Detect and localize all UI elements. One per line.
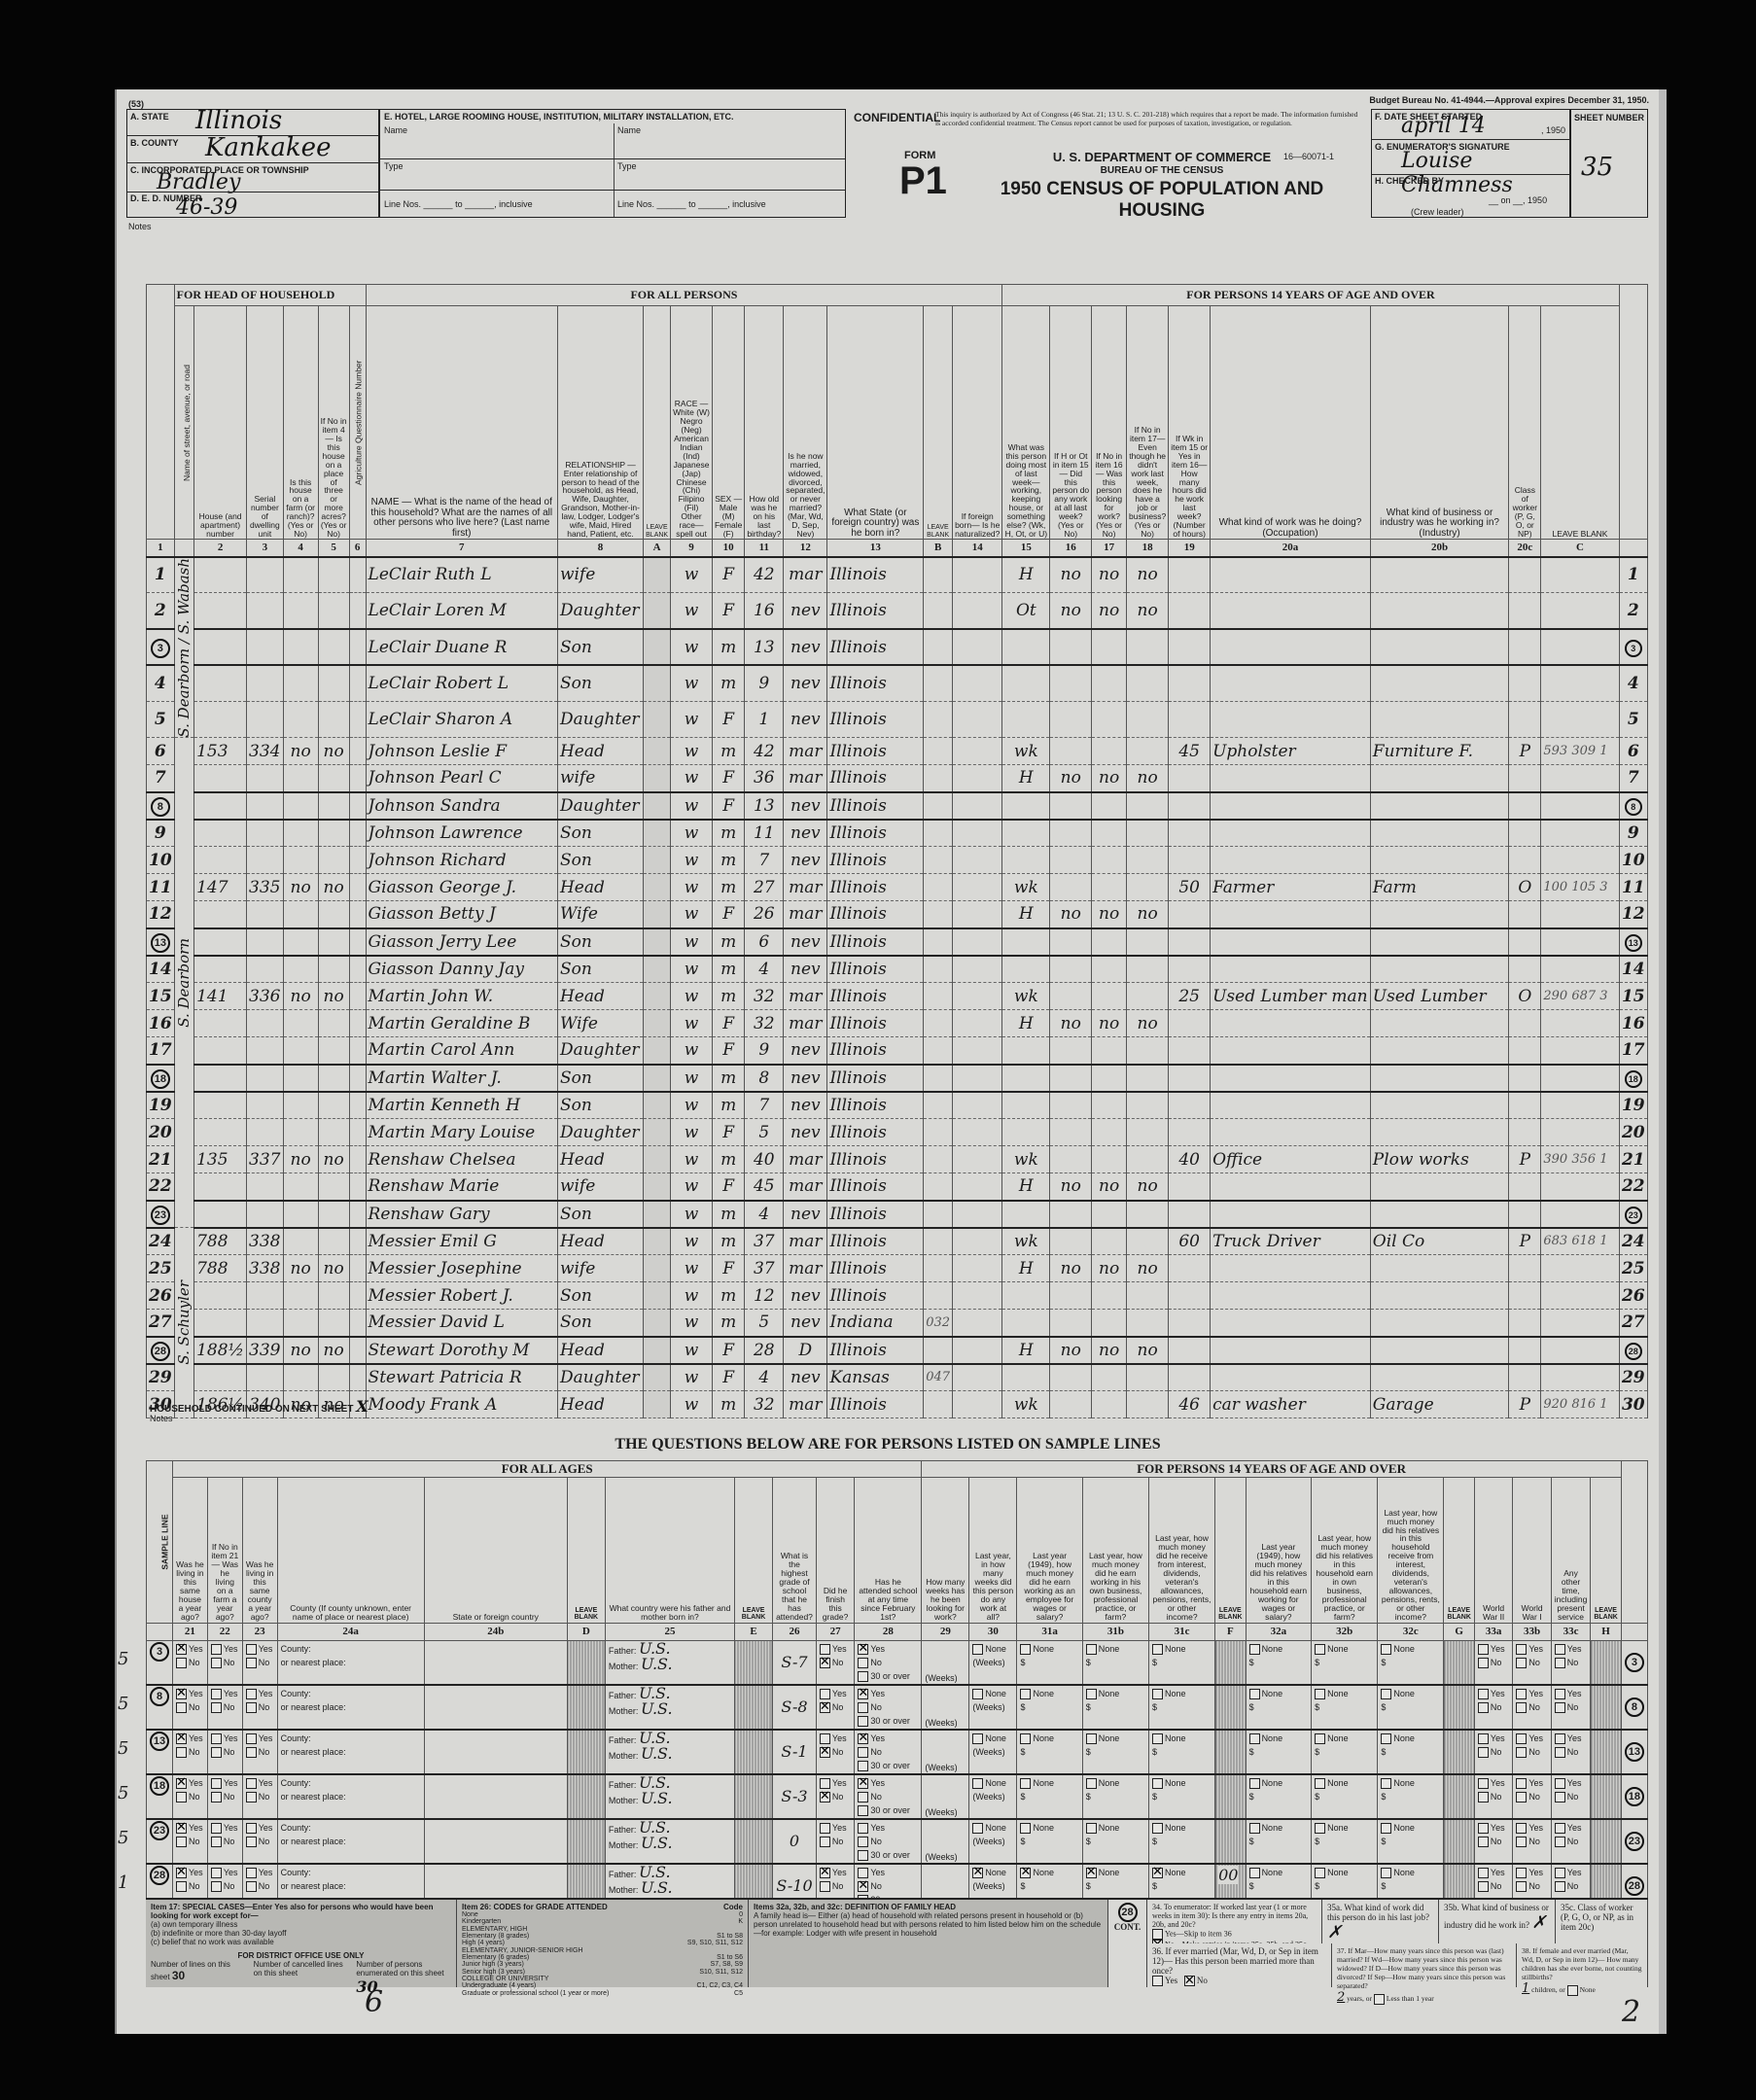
group-persons-14-over: FOR PERSONS 14 YEARS OF AGE AND OVER bbox=[1002, 285, 1619, 306]
cell-b bbox=[924, 1255, 953, 1282]
sample-23-q22-yes-checkbox[interactable] bbox=[211, 1823, 222, 1834]
sample-8-q22-yes-checkbox[interactable] bbox=[211, 1689, 222, 1699]
sample-23-q30-none-checkbox[interactable] bbox=[972, 1823, 983, 1834]
cell-age: 9 bbox=[745, 1037, 784, 1065]
cell-birthplace: Illinois bbox=[827, 956, 924, 983]
cell-nat bbox=[953, 1010, 1002, 1037]
state-or-country[interactable] bbox=[424, 1685, 567, 1730]
sample-col-num: H bbox=[1591, 1623, 1622, 1640]
sample-col-header-31c: Last year, how much money did he receive… bbox=[1148, 1477, 1214, 1623]
table-row: 5LeClair Sharon ADaughterwF1nevIllinois5 bbox=[147, 701, 1648, 737]
sample-3-q21-yes-checkbox[interactable] bbox=[176, 1644, 187, 1655]
cell-hours bbox=[1169, 629, 1211, 665]
col-header-acres: If No in item 4— Is this house on a plac… bbox=[318, 306, 349, 540]
table-row: 21135337nonoRenshaw ChelseaHeadwm40marIl… bbox=[147, 1146, 1648, 1173]
no-label: No bbox=[870, 1747, 882, 1757]
cell-c bbox=[1541, 1037, 1619, 1065]
sample-col-header-33b: World War I bbox=[1513, 1477, 1551, 1623]
sample-8-q22-no-checkbox[interactable] bbox=[211, 1702, 222, 1713]
table-row: 7Johnson Pearl CwifewF36marIllinoisHnono… bbox=[147, 765, 1648, 792]
sample-23-q33b-no-checkbox[interactable] bbox=[1516, 1837, 1527, 1847]
cell-age: 11 bbox=[745, 820, 784, 847]
leave-blank-f bbox=[1215, 1819, 1247, 1864]
sample-23-q28-30-over-checkbox[interactable] bbox=[858, 1850, 868, 1861]
sample-3-q23-no-checkbox[interactable] bbox=[246, 1658, 257, 1668]
q38-none-checkbox[interactable] bbox=[1567, 1985, 1578, 1996]
sample-18-q21-yes-checkbox[interactable] bbox=[176, 1778, 187, 1789]
state-or-country[interactable] bbox=[424, 1640, 567, 1685]
cell-activity: H bbox=[1002, 1010, 1050, 1037]
sample-28-q21-yes-checkbox[interactable] bbox=[176, 1868, 187, 1878]
sample-23-q33c-no-checkbox[interactable] bbox=[1555, 1837, 1565, 1847]
cell-hours bbox=[1169, 557, 1211, 593]
sample-13-q22-yes-checkbox[interactable] bbox=[211, 1733, 222, 1744]
sample-13-q28-30-over-checkbox[interactable] bbox=[858, 1761, 868, 1771]
cell-industry bbox=[1370, 901, 1508, 928]
sample-23-q23-yes-checkbox[interactable] bbox=[246, 1823, 257, 1834]
margin-tally: 5 bbox=[118, 1738, 128, 1759]
sample-8-q28-yes-checkbox[interactable] bbox=[858, 1689, 868, 1699]
cell-has-job bbox=[1127, 1391, 1169, 1418]
line-number: 15 bbox=[147, 983, 175, 1010]
cell-serial bbox=[247, 629, 284, 665]
district-title: FOR DISTRICT OFFICE USE ONLY bbox=[151, 1951, 451, 1960]
sample-28-q33b-yes-checkbox[interactable] bbox=[1516, 1868, 1527, 1878]
sample-13-q30-none-checkbox[interactable] bbox=[972, 1733, 983, 1744]
cell-nat bbox=[953, 593, 1002, 629]
cell-b bbox=[924, 1282, 953, 1310]
cell-marital: mar bbox=[784, 1391, 827, 1418]
sample-13-q32a-none-checkbox[interactable] bbox=[1249, 1733, 1260, 1744]
sample-13-q21-yes-checkbox[interactable] bbox=[176, 1733, 187, 1744]
sample-3-q23-yes-checkbox[interactable] bbox=[246, 1644, 257, 1655]
cell-class bbox=[1509, 1310, 1541, 1337]
sample-col-num: 26 bbox=[773, 1623, 817, 1640]
q38-value[interactable]: 1 bbox=[1522, 1981, 1529, 1996]
cell-serial bbox=[247, 792, 284, 820]
none-label: None bbox=[1033, 1778, 1054, 1788]
sample-18-q28-30-over-checkbox[interactable] bbox=[858, 1805, 868, 1816]
sample-23-q31a-none-checkbox[interactable] bbox=[1020, 1823, 1031, 1834]
sample-3-q28-30-over-checkbox[interactable] bbox=[858, 1671, 868, 1682]
sample-18-q23-no-checkbox[interactable] bbox=[246, 1792, 257, 1802]
county-label: County: bbox=[281, 1687, 421, 1700]
cell-class bbox=[1509, 1255, 1541, 1282]
sample-13-q33a-no-checkbox[interactable] bbox=[1478, 1747, 1489, 1758]
sample-28-q31b-none-checkbox[interactable] bbox=[1086, 1868, 1097, 1878]
cell-rel: Daughter bbox=[557, 1364, 643, 1391]
sample-18-q33a-yes-checkbox[interactable] bbox=[1478, 1778, 1489, 1789]
sample-23-q33b-yes-checkbox[interactable] bbox=[1516, 1823, 1527, 1834]
sample-8-q21-no-checkbox[interactable] bbox=[176, 1702, 187, 1713]
sample-8-q23-no-checkbox[interactable] bbox=[246, 1702, 257, 1713]
sample-18-q23-yes-checkbox[interactable] bbox=[246, 1778, 257, 1789]
sample-3-q30-none-checkbox[interactable] bbox=[972, 1644, 983, 1655]
cell-occupation: Used Lumber man bbox=[1211, 983, 1371, 1010]
q37-value[interactable]: 2 bbox=[1337, 1990, 1345, 2005]
sample-3-q22-no-checkbox[interactable] bbox=[211, 1658, 222, 1668]
cell-farm bbox=[283, 1119, 318, 1146]
table-row: 9Johnson LawrenceSonwm11nevIllinois9 bbox=[147, 820, 1648, 847]
sample-col-header-g: LEAVE BLANK bbox=[1444, 1477, 1475, 1623]
sample-8-q32a-none-checkbox[interactable] bbox=[1249, 1689, 1260, 1699]
cell-sex: F bbox=[712, 1173, 744, 1201]
cell-activity bbox=[1002, 1364, 1050, 1391]
sample-18-q22-no-checkbox[interactable] bbox=[211, 1792, 222, 1802]
sample-18-q31c-none-checkbox[interactable] bbox=[1152, 1778, 1163, 1789]
cell-class bbox=[1509, 665, 1541, 701]
sample-row: 513 YesNo YesNo YesNo County:or nearest … bbox=[147, 1730, 1648, 1774]
cell-race: w bbox=[671, 557, 713, 593]
sample-8-q31b-none-checkbox[interactable] bbox=[1086, 1689, 1097, 1699]
sample-28-q32b-none-checkbox[interactable] bbox=[1315, 1868, 1325, 1878]
state-or-country[interactable] bbox=[424, 1819, 567, 1864]
agri-number bbox=[349, 983, 366, 1010]
sample-18-q33c-no-checkbox[interactable] bbox=[1555, 1792, 1565, 1802]
sample-8-q33b-yes-checkbox[interactable] bbox=[1516, 1689, 1527, 1699]
cell-sex: m bbox=[712, 629, 744, 665]
sample-8-q21-yes-checkbox[interactable] bbox=[176, 1689, 187, 1699]
yes-label: Yes bbox=[1567, 1689, 1582, 1698]
cell-acres bbox=[318, 765, 349, 792]
cell-hours: 46 bbox=[1169, 1391, 1211, 1418]
leave-blank-a bbox=[644, 1337, 671, 1364]
sample-13-q27-no-checkbox[interactable] bbox=[820, 1747, 830, 1758]
sample-3-q28-yes-checkbox[interactable] bbox=[858, 1644, 868, 1655]
sample-18-q33b-yes-checkbox[interactable] bbox=[1516, 1778, 1527, 1789]
col-header-has-job: If No in item 17— Even though he didn't … bbox=[1127, 306, 1169, 540]
line-number-header-right bbox=[1619, 285, 1647, 540]
cell-has-job bbox=[1127, 1065, 1169, 1092]
sample-13-q23-no-checkbox[interactable] bbox=[246, 1747, 257, 1758]
leave-blank-a bbox=[644, 665, 671, 701]
agri-number bbox=[349, 792, 366, 820]
sample-8-q31c-none-checkbox[interactable] bbox=[1152, 1689, 1163, 1699]
sample-28-q27-no-checkbox[interactable] bbox=[820, 1881, 830, 1892]
sample-23-q21-yes-checkbox[interactable] bbox=[176, 1823, 187, 1834]
cell-activity bbox=[1002, 956, 1050, 983]
sample-8-q23-yes-checkbox[interactable] bbox=[246, 1689, 257, 1699]
sample-28-q33a-yes-checkbox[interactable] bbox=[1478, 1868, 1489, 1878]
agri-number bbox=[349, 1119, 366, 1146]
sample-28-q33a-no-checkbox[interactable] bbox=[1478, 1881, 1489, 1892]
sample-23-q23-no-checkbox[interactable] bbox=[246, 1837, 257, 1847]
sample-28-q32a-none-checkbox[interactable] bbox=[1249, 1868, 1260, 1878]
sample-28-q22-no-checkbox[interactable] bbox=[211, 1881, 222, 1892]
cell-house bbox=[194, 557, 247, 593]
sample-18-q28-yes-checkbox[interactable] bbox=[858, 1778, 868, 1789]
sample-23-q33c-yes-checkbox[interactable] bbox=[1555, 1823, 1565, 1834]
sample-23-q32b-none-checkbox[interactable] bbox=[1315, 1823, 1325, 1834]
margin-tally: 5 bbox=[118, 1649, 128, 1669]
sample-28-q31c-none-checkbox[interactable] bbox=[1152, 1868, 1163, 1878]
cell-acres: no bbox=[318, 738, 349, 765]
sample-23-q33a-no-checkbox[interactable] bbox=[1478, 1837, 1489, 1847]
line-number-right: 20 bbox=[1619, 1119, 1647, 1146]
sample-18-q31a-none-checkbox[interactable] bbox=[1020, 1778, 1031, 1789]
sample-3-q31b-none-checkbox[interactable] bbox=[1086, 1644, 1097, 1655]
sample-8-q27-no-checkbox[interactable] bbox=[820, 1702, 830, 1713]
sample-13-q33b-yes-checkbox[interactable] bbox=[1516, 1733, 1527, 1744]
sample-3-q31c-none-checkbox[interactable] bbox=[1152, 1644, 1163, 1655]
sample-23-q28-no-checkbox[interactable] bbox=[858, 1837, 868, 1847]
cell-marital: mar bbox=[784, 874, 827, 901]
sample-8-q30-none-checkbox[interactable] bbox=[972, 1689, 983, 1699]
table-row: 3LeClair Duane RSonwm13nevIllinois3 bbox=[147, 629, 1648, 665]
hotel-type-label-1: Type bbox=[384, 161, 404, 171]
cell-age: 16 bbox=[745, 593, 784, 629]
cell-rel: Son bbox=[557, 1282, 643, 1310]
sample-28-q28-no-checkbox[interactable] bbox=[858, 1881, 868, 1892]
sample-13-q22-no-checkbox[interactable] bbox=[211, 1747, 222, 1758]
no-label: No bbox=[1567, 1658, 1579, 1667]
sample-8-q32b-none-checkbox[interactable] bbox=[1315, 1689, 1325, 1699]
sample-28-q30-none-checkbox[interactable] bbox=[972, 1868, 983, 1878]
sample-28-q27-yes-checkbox[interactable] bbox=[820, 1868, 830, 1878]
cell-name: Giasson George J. bbox=[366, 874, 557, 901]
sample-13-q31b-none-checkbox[interactable] bbox=[1086, 1733, 1097, 1744]
state-or-country[interactable] bbox=[424, 1774, 567, 1819]
sample-13-q31c-none-checkbox[interactable] bbox=[1152, 1733, 1163, 1744]
sample-18-q33c-yes-checkbox[interactable] bbox=[1555, 1778, 1565, 1789]
sample-13-q28-no-checkbox[interactable] bbox=[858, 1747, 868, 1758]
sample-28-q22-yes-checkbox[interactable] bbox=[211, 1868, 222, 1878]
sample-18-q21-no-checkbox[interactable] bbox=[176, 1792, 187, 1802]
yes-label: Yes bbox=[189, 1778, 203, 1788]
sample-28-q31a-none-checkbox[interactable] bbox=[1020, 1868, 1031, 1878]
sample-13-q31a-none-checkbox[interactable] bbox=[1020, 1733, 1031, 1744]
leave-blank-a bbox=[644, 847, 671, 874]
sample-23-q22-no-checkbox[interactable] bbox=[211, 1837, 222, 1847]
cell-sex: m bbox=[712, 847, 744, 874]
no-label: No bbox=[189, 1792, 200, 1802]
sheet-number-block: SHEET NUMBER 35 bbox=[1570, 109, 1648, 218]
sample-3-q22-yes-checkbox[interactable] bbox=[211, 1644, 222, 1655]
sample-8-q28-30-over-checkbox[interactable] bbox=[858, 1716, 868, 1727]
cell-farm: no bbox=[283, 1337, 318, 1364]
cell-serial: 334 bbox=[247, 738, 284, 765]
none-label: None bbox=[985, 1868, 1006, 1877]
sample-13-q28-yes-checkbox[interactable] bbox=[858, 1733, 868, 1744]
sample-23-q28-yes-checkbox[interactable] bbox=[858, 1823, 868, 1834]
cell-serial bbox=[247, 665, 284, 701]
sample-28-q33b-no-checkbox[interactable] bbox=[1516, 1881, 1527, 1892]
sample-lines-table: SAMPLE LINE FOR ALL AGES FOR PERSONS 14 … bbox=[146, 1460, 1648, 1909]
nearest-place-label: or nearest place: bbox=[281, 1790, 421, 1803]
sample-13-q33c-yes-checkbox[interactable] bbox=[1555, 1733, 1565, 1744]
sample-13-q32b-none-checkbox[interactable] bbox=[1315, 1733, 1325, 1744]
f-code: 00 bbox=[1218, 1866, 1238, 1884]
sample-8-q32c-none-checkbox[interactable] bbox=[1381, 1689, 1391, 1699]
cell-name: Martin Walter J. bbox=[366, 1065, 557, 1092]
sample-3-q32c-none-checkbox[interactable] bbox=[1381, 1644, 1391, 1655]
cell-any-work bbox=[1050, 928, 1092, 956]
sample-18-q22-yes-checkbox[interactable] bbox=[211, 1778, 222, 1789]
no-label: No bbox=[189, 1747, 200, 1757]
cell-serial: 338 bbox=[247, 1228, 284, 1255]
sample-23-q32a-none-checkbox[interactable] bbox=[1249, 1823, 1260, 1834]
cell-b bbox=[924, 1391, 953, 1418]
line-number: 3 bbox=[147, 629, 175, 665]
sample-3-q33a-no-checkbox[interactable] bbox=[1478, 1658, 1489, 1668]
sample-28-q23-no-checkbox[interactable] bbox=[246, 1881, 257, 1892]
sample-23-q31c-none-checkbox[interactable] bbox=[1152, 1823, 1163, 1834]
cell-c bbox=[1541, 1201, 1619, 1228]
sample-28-q32c-none-checkbox[interactable] bbox=[1381, 1868, 1391, 1878]
sample-18-q33a-no-checkbox[interactable] bbox=[1478, 1792, 1489, 1802]
sample-23-q32c-none-checkbox[interactable] bbox=[1381, 1823, 1391, 1834]
q36-no-checkbox[interactable] bbox=[1184, 1976, 1195, 1986]
sample-8-q33c-no-checkbox[interactable] bbox=[1555, 1702, 1565, 1713]
household-continued-checkbox[interactable]: X bbox=[356, 1397, 368, 1416]
yes-label: Yes bbox=[189, 1733, 203, 1743]
sample-3-q33c-yes-checkbox[interactable] bbox=[1555, 1644, 1565, 1655]
sample-3-q33c-no-checkbox[interactable] bbox=[1555, 1658, 1565, 1668]
sample-13-q33a-yes-checkbox[interactable] bbox=[1478, 1733, 1489, 1744]
sample-8-q33b-no-checkbox[interactable] bbox=[1516, 1702, 1527, 1713]
cell-hours bbox=[1169, 1119, 1211, 1146]
sample-8-q33c-yes-checkbox[interactable] bbox=[1555, 1689, 1565, 1699]
sample-3-q27-no-checkbox[interactable] bbox=[820, 1658, 830, 1668]
cell-activity bbox=[1002, 1092, 1050, 1119]
cell-occupation: Upholster bbox=[1211, 738, 1371, 765]
line-number-right: 7 bbox=[1619, 765, 1647, 792]
cell-age: 12 bbox=[745, 1282, 784, 1310]
q34-box: 34. To enumerator: If worked last year (… bbox=[1147, 1900, 1322, 1943]
sample-3-q31a-none-checkbox[interactable] bbox=[1020, 1644, 1031, 1655]
leave-blank-a bbox=[644, 1201, 671, 1228]
cell-c: 390 356 1 bbox=[1541, 1146, 1619, 1173]
column-numbers: 12345678A910111213B14151617181920a20b20c… bbox=[147, 540, 1648, 557]
sample-3-q33b-yes-checkbox[interactable] bbox=[1516, 1644, 1527, 1655]
cell-activity bbox=[1002, 1065, 1050, 1092]
dollar-label: $ bbox=[1249, 1745, 1309, 1759]
cell-age: 40 bbox=[745, 1146, 784, 1173]
q35b-box: 35b. What kind of business or industry d… bbox=[1439, 1900, 1556, 1943]
cell-has-job bbox=[1127, 956, 1169, 983]
sample-8-q31a-none-checkbox[interactable] bbox=[1020, 1689, 1031, 1699]
leave-blank-f bbox=[1215, 1730, 1247, 1774]
cell-nat bbox=[953, 956, 1002, 983]
sample-8-q33a-no-checkbox[interactable] bbox=[1478, 1702, 1489, 1713]
father-label: Father: bbox=[609, 1735, 637, 1745]
leave-blank-a bbox=[644, 874, 671, 901]
cell-farm bbox=[283, 820, 318, 847]
sample-28-q23-yes-checkbox[interactable] bbox=[246, 1868, 257, 1878]
sample-3-q32a-none-checkbox[interactable] bbox=[1249, 1644, 1260, 1655]
sample-col-num: G bbox=[1444, 1623, 1475, 1640]
sample-18-q32a-none-checkbox[interactable] bbox=[1249, 1778, 1260, 1789]
sample-18-q27-no-checkbox[interactable] bbox=[820, 1792, 830, 1802]
no-label: No bbox=[224, 1837, 235, 1846]
sample-18-q32c-none-checkbox[interactable] bbox=[1381, 1778, 1391, 1789]
no-label: No bbox=[870, 1792, 882, 1802]
sample-18-q30-none-checkbox[interactable] bbox=[972, 1778, 983, 1789]
cell-marital: nev bbox=[784, 1282, 827, 1310]
sample-18-q31b-none-checkbox[interactable] bbox=[1086, 1778, 1097, 1789]
cell-hours bbox=[1169, 1092, 1211, 1119]
cell-looking bbox=[1092, 701, 1127, 737]
sample-line-number: 8 bbox=[150, 1687, 169, 1706]
sample-28-q33c-no-checkbox[interactable] bbox=[1555, 1881, 1565, 1892]
line-number-right: 1 bbox=[1619, 557, 1647, 593]
cont-line-number: 28 bbox=[1118, 1903, 1138, 1922]
sample-13-q33b-no-checkbox[interactable] bbox=[1516, 1747, 1527, 1758]
cell-c bbox=[1541, 557, 1619, 593]
sample-col-header-31b: Last year, how much money did he earn wo… bbox=[1082, 1477, 1148, 1623]
yes-label: Yes bbox=[224, 1823, 238, 1833]
q37-less-checkbox[interactable] bbox=[1374, 1994, 1385, 2005]
leave-blank-a bbox=[644, 701, 671, 737]
sample-13-q23-yes-checkbox[interactable] bbox=[246, 1733, 257, 1744]
sample-8-q28-no-checkbox[interactable] bbox=[858, 1702, 868, 1713]
sample-23-q27-yes-checkbox[interactable] bbox=[820, 1823, 830, 1834]
sample-18-q28-no-checkbox[interactable] bbox=[858, 1792, 868, 1802]
sample-28-q33c-yes-checkbox[interactable] bbox=[1555, 1868, 1565, 1878]
col-header-naturalized: If foreign born— Is he naturalized? bbox=[953, 306, 1002, 540]
cell-birthplace: Illinois bbox=[827, 1201, 924, 1228]
cell-rel: Son bbox=[557, 847, 643, 874]
table-row: 22Renshaw MariewifewF45marIllinoisHnonon… bbox=[147, 1173, 1648, 1201]
sample-13-q33c-no-checkbox[interactable] bbox=[1555, 1747, 1565, 1758]
sample-23-q33a-yes-checkbox[interactable] bbox=[1478, 1823, 1489, 1834]
cell-marital: nev bbox=[784, 701, 827, 737]
sample-line-number: 13 bbox=[150, 1732, 169, 1751]
cell-farm bbox=[283, 1282, 318, 1310]
cell-class bbox=[1509, 792, 1541, 820]
cell-nat bbox=[953, 1201, 1002, 1228]
sample-3-q28-no-checkbox[interactable] bbox=[858, 1658, 868, 1668]
sample-13-q21-no-checkbox[interactable] bbox=[176, 1747, 187, 1758]
sample-3-q33b-no-checkbox[interactable] bbox=[1516, 1658, 1527, 1668]
cell-nat bbox=[953, 557, 1002, 593]
dollar-label: $ bbox=[1020, 1790, 1078, 1803]
cell-house bbox=[194, 1201, 247, 1228]
sample-col-header-d: LEAVE BLANK bbox=[567, 1477, 605, 1623]
sample-18-q33b-no-checkbox[interactable] bbox=[1516, 1792, 1527, 1802]
sample-13-q32c-none-checkbox[interactable] bbox=[1381, 1733, 1391, 1744]
sample-23-q21-no-checkbox[interactable] bbox=[176, 1837, 187, 1847]
highest-grade: S-10 bbox=[776, 1876, 812, 1895]
sample-18-q32b-none-checkbox[interactable] bbox=[1315, 1778, 1325, 1789]
sample-23-q27-no-checkbox[interactable] bbox=[820, 1837, 830, 1847]
col-header-relationship: RELATIONSHIP — Enter relationship of per… bbox=[557, 306, 643, 540]
state-or-country[interactable] bbox=[424, 1730, 567, 1774]
no-label: No bbox=[1491, 1702, 1502, 1712]
sample-3-q21-no-checkbox[interactable] bbox=[176, 1658, 187, 1668]
dollar-label: $ bbox=[1020, 1700, 1078, 1714]
cell-looking bbox=[1092, 1228, 1127, 1255]
sample-3-q32b-none-checkbox[interactable] bbox=[1315, 1644, 1325, 1655]
sample-23-q31b-none-checkbox[interactable] bbox=[1086, 1823, 1097, 1834]
line-number-right: 11 bbox=[1619, 874, 1647, 901]
sample-3-q33a-yes-checkbox[interactable] bbox=[1478, 1644, 1489, 1655]
sample-col-num: 23 bbox=[242, 1623, 277, 1640]
sample-col-header-33a: World War II bbox=[1474, 1477, 1512, 1623]
sample-8-q33a-yes-checkbox[interactable] bbox=[1478, 1689, 1489, 1699]
sample-28-q21-no-checkbox[interactable] bbox=[176, 1881, 187, 1892]
sample-line-header-right bbox=[1621, 1461, 1647, 1624]
q36-yes-checkbox[interactable] bbox=[1152, 1976, 1163, 1986]
col-header-race: RACE — White (W) Negro (Neg) American In… bbox=[671, 306, 713, 540]
cell-c bbox=[1541, 701, 1619, 737]
line-number-right: 4 bbox=[1619, 665, 1647, 701]
line-number-right: 3 bbox=[1619, 629, 1647, 665]
cell-acres bbox=[318, 901, 349, 928]
cell-name: LeClair Loren M bbox=[366, 593, 557, 629]
cell-age: 1 bbox=[745, 701, 784, 737]
yes-label: Yes bbox=[224, 1689, 238, 1698]
